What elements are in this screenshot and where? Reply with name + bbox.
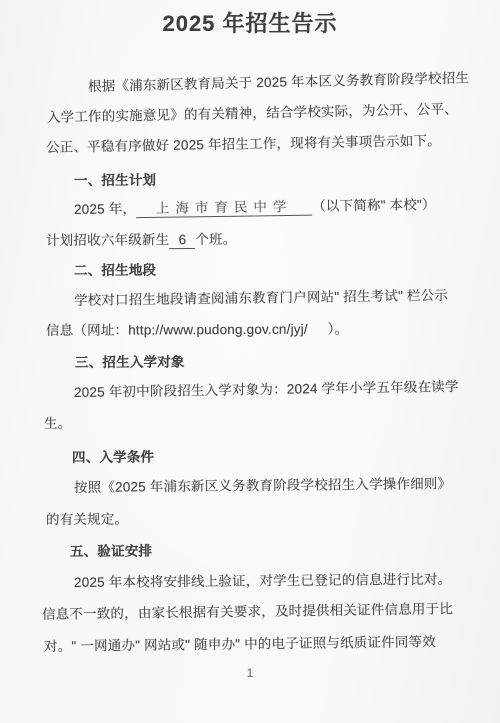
section5-line-3: 对。" 一网通办" 网站或" 随申办" 中的电子证照与纸质证件同等效: [44, 632, 436, 656]
plan-line-prefix: 2025 年，: [74, 201, 136, 217]
school-name-value: 上海市育民中学: [156, 198, 293, 215]
page-number: 1: [0, 668, 500, 680]
intro-line-1: 根据《浦东新区教育局关于 2025 年本区义务教育阶段学校招生: [88, 68, 470, 96]
section1-line-1: 2025 年，上海市育民中学（以下简称" 本校"）: [74, 194, 436, 218]
section3-line-2: 生。: [44, 413, 71, 432]
section2-heading: 二、招生地段: [74, 260, 156, 279]
intro-line-2: 入学工作的实施意见》的有关精神，结合学校实际，为公开、公平、: [47, 99, 458, 127]
section3-heading: 三、招生入学对象: [75, 352, 185, 372]
section1-line-2: 计划招收六年级新生6个班。: [46, 229, 237, 249]
section2-line-2: 信息（网址：http://www.pudong.gov.cn/jyj/ ）。: [46, 319, 348, 340]
scanned-document-page: 2025 年招生告示 根据《浦东新区教育局关于 2025 年本区义务教育阶段学校…: [0, 0, 500, 723]
school-name-blank: 上海市育民中学: [136, 197, 312, 217]
section2-line-1: 学校对口招生地段请查阅浦东教育门户网站" 招生考试" 栏公示: [74, 285, 448, 309]
intro-line-3: 公正、平稳有序做好 2025 年招生工作，现将有关事项告示如下。: [46, 131, 441, 157]
section5-heading: 五、验证安排: [70, 541, 152, 561]
section1-heading: 一、招生计划: [74, 170, 156, 189]
section5-line-1: 2025 年本校将安排线上验证，对学生已登记的信息进行比对。: [74, 569, 451, 591]
section5-line-2: 信息不一致的，由家长根据有关要求，及时提供相关证件信息用于比: [42, 599, 453, 624]
class-count-blank: 6: [169, 230, 195, 248]
class-count-prefix: 计划招收六年级新生: [46, 232, 169, 248]
section4-heading: 四、入学条件: [72, 447, 154, 467]
section4-line-2: 的有关规定。: [46, 509, 128, 528]
plan-line-suffix: （以下简称" 本校"）: [312, 196, 436, 213]
section4-line-1: 按照《2025 年浦东新区义务教育阶段学校招生入学操作细则》: [74, 474, 451, 497]
document-title: 2025 年招生告示: [0, 7, 500, 38]
class-count-suffix: 个班。: [195, 231, 236, 246]
section3-line-1: 2025 年初中阶段招生入学对象为：2024 学年小学五年级在读学: [74, 376, 459, 401]
